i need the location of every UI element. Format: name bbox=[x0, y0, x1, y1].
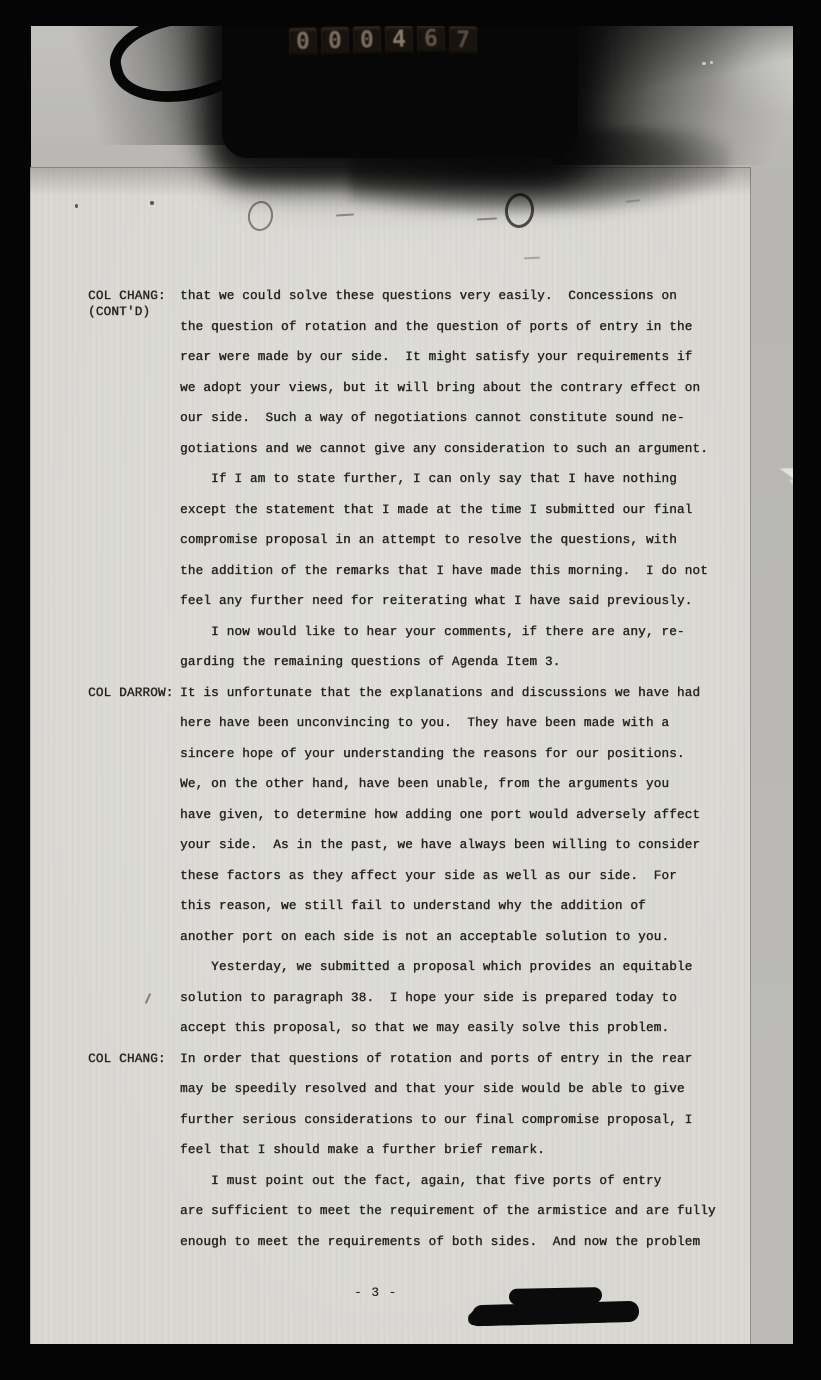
transcript-line: feel that I should make a further brief … bbox=[180, 1135, 753, 1166]
counter-digit: 0 bbox=[353, 26, 382, 56]
speaker-label: COL CHANG:(CONT'D) bbox=[88, 288, 166, 320]
transcript-entry: COL DARROW:It is unfortunate that the ex… bbox=[88, 678, 753, 1044]
counter-digit: 0 bbox=[289, 28, 318, 58]
transcript-line: Yesterday, we submitted a proposal which… bbox=[180, 952, 753, 983]
transcript-line: solution to paragraph 38. I hope your si… bbox=[180, 983, 753, 1014]
transcript-line: It is unfortunate that the explanations … bbox=[180, 678, 753, 709]
page-number: - 3 - bbox=[354, 1285, 397, 1301]
entry-lines: In order that questions of rotation and … bbox=[180, 1044, 753, 1258]
film-border-left bbox=[0, 0, 30, 1380]
transcript-entry: COL CHANG:(CONT'D)that we could solve th… bbox=[88, 281, 753, 678]
transcript-line: In order that questions of rotation and … bbox=[180, 1044, 753, 1075]
transcript-line: the question of rotation and the questio… bbox=[180, 312, 753, 343]
film-border-right bbox=[793, 0, 821, 1380]
film-speck bbox=[710, 61, 713, 64]
transcript-line: feel any further need for reiterating wh… bbox=[180, 586, 753, 617]
transcript-line: rear were made by our side. It might sat… bbox=[180, 342, 753, 373]
transcript-line: I must point out the fact, again, that f… bbox=[180, 1166, 753, 1197]
film-border-bottom bbox=[0, 1344, 821, 1380]
speaker-label: COL CHANG: bbox=[88, 1051, 166, 1067]
entry-lines: that we could solve these questions very… bbox=[180, 281, 753, 678]
counter-digit: 6 bbox=[417, 25, 446, 55]
transcript-line: further serious considerations to our fi… bbox=[180, 1105, 753, 1136]
transcript-line: are sufficient to meet the requirement o… bbox=[180, 1196, 753, 1227]
transcript-line: here have been unconvincing to you. They… bbox=[180, 708, 753, 739]
transcript-line: enough to meet the requirements of both … bbox=[180, 1227, 753, 1258]
transcript-line: that we could solve these questions very… bbox=[180, 281, 753, 312]
transcript-line: garding the remaining questions of Agend… bbox=[180, 647, 753, 678]
transcript-line: compromise proposal in an attempt to res… bbox=[180, 525, 753, 556]
transcript-line: your side. As in the past, we have alway… bbox=[180, 830, 753, 861]
transcript-line: accept this proposal, so that we may eas… bbox=[180, 1013, 753, 1044]
transcript-line: the addition of the remarks that I have … bbox=[180, 556, 753, 587]
transcript-line: this reason, we still fail to understand… bbox=[180, 891, 753, 922]
frame-counter: 0 0 0 4 6 7 bbox=[289, 24, 478, 57]
transcript-entry: COL CHANG:In order that questions of rot… bbox=[88, 1044, 753, 1258]
transcript-line: may be speedily resolved and that your s… bbox=[180, 1074, 753, 1105]
transcript-line: I now would like to hear your comments, … bbox=[180, 617, 753, 648]
transcript-line: except the statement that I made at the … bbox=[180, 495, 753, 526]
transcript-line: We, on the other hand, have been unable,… bbox=[180, 769, 753, 800]
film-speck bbox=[702, 62, 706, 65]
entry-lines: It is unfortunate that the explanations … bbox=[180, 678, 753, 1044]
dust-speck bbox=[150, 201, 154, 205]
transcript-line: our side. Such a way of negotiations can… bbox=[180, 403, 753, 434]
transcript-line: another port on each side is not an acce… bbox=[180, 922, 753, 953]
transcript-line: have given, to determine how adding one … bbox=[180, 800, 753, 831]
film-border-top bbox=[0, 0, 821, 26]
microfilm-frame: 0 0 0 4 6 7 COL CHANG:(CONT'D)that we co… bbox=[0, 0, 821, 1380]
transcript-line: these factors as they affect your side a… bbox=[180, 861, 753, 892]
dust-speck bbox=[75, 204, 78, 208]
speaker-label: COL DARROW: bbox=[88, 685, 173, 701]
transcript-line: If I am to state further, I can only say… bbox=[180, 464, 753, 495]
transcript-line: sincere hope of your understanding the r… bbox=[180, 739, 753, 770]
transcript-line: we adopt your views, but it will bring a… bbox=[180, 373, 753, 404]
counter-digit: 0 bbox=[321, 27, 350, 57]
counter-digit: 7 bbox=[449, 26, 477, 55]
transcript: COL CHANG:(CONT'D)that we could solve th… bbox=[88, 281, 753, 1257]
transcript-line: gotiations and we cannot give any consid… bbox=[180, 434, 753, 465]
counter-digit: 4 bbox=[385, 25, 414, 55]
